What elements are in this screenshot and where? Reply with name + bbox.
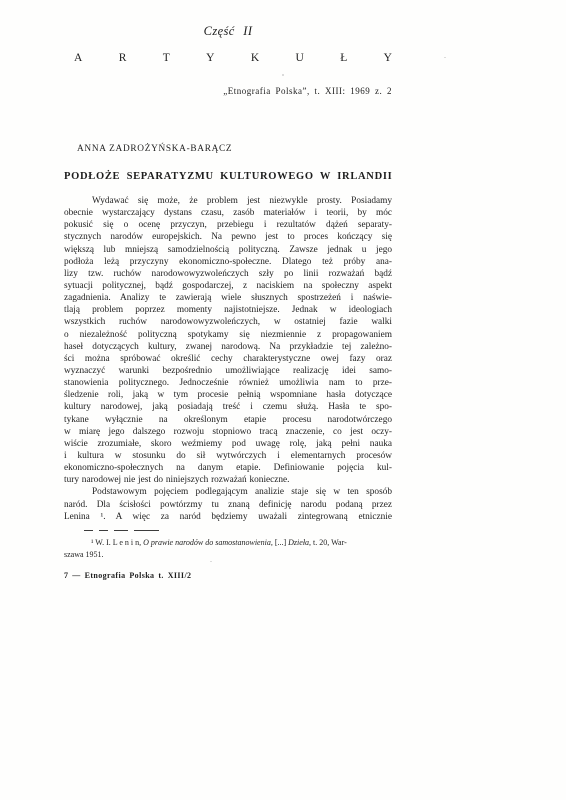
body-line: haseł dotyczących kultury, zwanej narodo… — [64, 341, 392, 353]
footnote-work-title: Dzieła — [288, 538, 309, 547]
footnote-text: ¹ W. I. L e n i n, — [91, 538, 143, 547]
footnote-separator — [84, 530, 159, 531]
body-line: Lenina ¹. A więc za naród będziemy uważa… — [64, 511, 392, 523]
article-body: Wydawać się może, że problem jest niezwy… — [64, 195, 392, 523]
body-line: wyznaczyć warunki bezpośrednio umożliwia… — [64, 365, 392, 377]
journal-reference: „Etnografia Polska”, t. XIII: 1969 z. 2 — [64, 86, 392, 96]
section-heading-row: ARTYKUŁY — [74, 52, 392, 64]
footnote-separator-dash — [114, 530, 128, 531]
section-heading-letter: Y — [384, 52, 392, 64]
footnote-line-2: szawa 1951. — [64, 549, 404, 561]
body-line: tlają problem poprzez momenty najistotni… — [64, 304, 392, 316]
section-heading-letter: Ł — [340, 52, 347, 64]
section-heading-letter: R — [119, 52, 127, 64]
scan-speck — [281, 196, 282, 197]
scan-speck — [444, 57, 446, 58]
body-line: tury narodowej nie jest do niniejszych r… — [64, 474, 392, 486]
body-line: ekonomiczno-społecznych na danym etapie.… — [64, 462, 392, 474]
footnote-line-1: ¹ W. I. L e n i n, O prawie narodów do s… — [64, 537, 404, 549]
footnote-separator-dash — [99, 530, 108, 531]
body-line: Podstawowym pojęciem podlegającym analiz… — [64, 486, 392, 498]
article-title: PODŁOŻE SEPARATYZMU KULTUROWEGO W IRLAND… — [64, 171, 392, 182]
body-line: o niezależność polityczną spotykamy się … — [64, 329, 392, 341]
body-line: w miarę jego dalszego rozwoju stopniowo … — [64, 426, 392, 438]
section-heading-letter: T — [163, 52, 170, 64]
footnote-text: , t. 20, War- — [309, 538, 347, 547]
body-line: zagadnienia. Analizy te zawierają wiele … — [64, 292, 392, 304]
footnote-text: , [...] — [271, 538, 288, 547]
body-line: sytuacji politycznej, bądź gospodarczej,… — [64, 280, 392, 292]
footnote: ¹ W. I. L e n i n, O prawie narodów do s… — [64, 537, 404, 560]
body-line: podłoża leżą przyczyny ekonomiczno-społe… — [64, 256, 392, 268]
body-line: naród. Dla ścisłości powtórzmy tu znaną … — [64, 499, 392, 511]
scanned-journal-page: Część II ARTYKUŁY „Etnografia Polska”, t… — [0, 0, 566, 800]
body-line: i kultura w stosunku do sił wytwórczych … — [64, 450, 392, 462]
section-heading-letter: Y — [206, 52, 214, 64]
footnote-separator-dash — [134, 530, 159, 531]
body-line: Wydawać się może, że problem jest niezwy… — [64, 195, 392, 207]
author-name: ANNA ZADROŻYŃSKA-BARĄCZ — [77, 144, 232, 154]
scan-speck — [282, 74, 284, 76]
section-heading-letter: K — [251, 52, 259, 64]
scan-speck — [210, 561, 212, 562]
body-line: tykane wyłącznie na określonym etapie pr… — [64, 414, 392, 426]
body-line: śledzenie roli, jaką w tym procesie pełn… — [64, 389, 392, 401]
body-line: stycznych narodów europejskich. Na pewno… — [64, 231, 392, 243]
section-heading-letter: A — [74, 52, 82, 64]
part-title: Część II — [64, 24, 392, 39]
body-line: wszystkich ruchów narodowowyzwoleńczych,… — [64, 316, 392, 328]
body-line: większą lub mniejszą samodzielnością pol… — [64, 244, 392, 256]
body-line: lizy tzw. ruchów narodowowyzwoleńczych s… — [64, 268, 392, 280]
footnote-work-title: O prawie narodów do samostanowienia — [143, 538, 271, 547]
body-line: obecnie wystarczający dystans czasu, zas… — [64, 207, 392, 219]
body-line: ści można spróbować określić cechy chara… — [64, 353, 392, 365]
body-line: pokusić się o ocenę przyczyn, przebiegu … — [64, 219, 392, 231]
body-line: wiście zrozumiałe, skoro weźmiemy pod uw… — [64, 438, 392, 450]
body-line: kultury narodowej, jaką posiadają treść … — [64, 401, 392, 413]
body-line: stanowienia politycznego. Jednocześnie r… — [64, 377, 392, 389]
press-signature: 7 — Etnografia Polska t. XIII/2 — [64, 571, 191, 580]
section-heading-letter: U — [296, 52, 304, 64]
footnote-separator-dash — [84, 530, 93, 531]
